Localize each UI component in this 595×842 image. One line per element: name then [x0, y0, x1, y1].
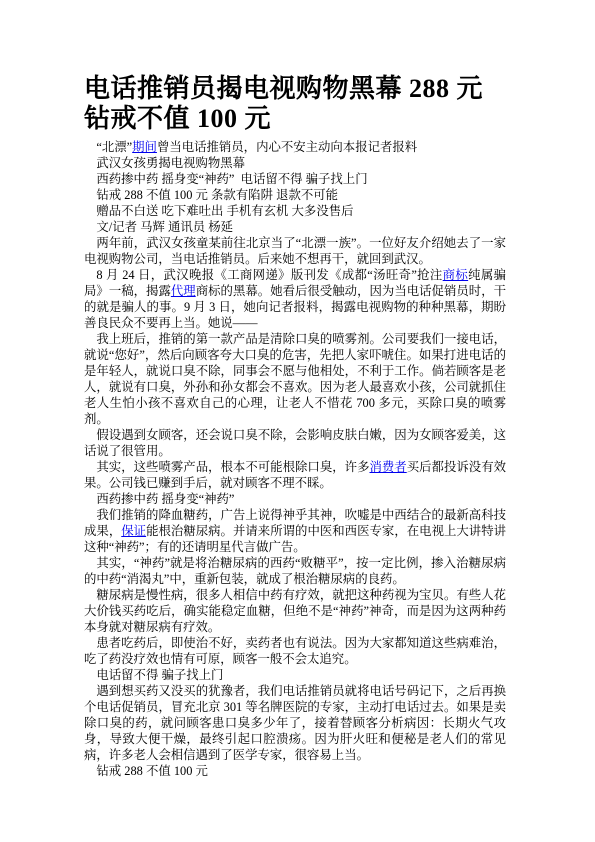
text-segment: 假设遇到女顾客，还会说口臭不除，会影响皮肤白嫩，因为女顾客爱美，这话说了很管用。 — [84, 428, 506, 458]
byline: 文/记者 马辉 通讯员 杨延 — [84, 219, 506, 235]
body-paragraph: 糖尿病是慢性病，很多人相信中药有疗效，就把这种药视为宝贝。有些人花大价钱买药吃后… — [84, 587, 506, 635]
body-paragraph: 患者吃药后，即使治不好，卖药者也有说法。因为大家都知道这些病难治，吃了药没疗效也… — [84, 635, 506, 667]
text-segment: 钻戒 288 不值 100 元 — [96, 764, 208, 778]
section-heading: 电话留不得 骗子找上门 — [84, 667, 506, 683]
text-segment: “北漂” — [96, 140, 132, 154]
section-heading: 西药掺中药 摇身变“神药” — [84, 491, 506, 507]
body-paragraph: 8 月 24 日，武汉晚报《工商网递》版刊发《成都“汤旺奇”抢注商标纯属骗局》一… — [84, 267, 506, 331]
text-segment: 其实，“神药”就是将治糖尿病的西药“败糖平”，按一定比例，掺入治糖尿病的中药“消… — [84, 556, 506, 586]
text-segment: 我上班后，推销的第一款产品是清除口臭的喷雾剂。公司要我们一接电话，就说“您好”，… — [84, 332, 506, 426]
body-paragraph: 遇到想买药又没买的犹豫者，我们电话推销员就将电话号码记下，之后再换个电话促销员，… — [84, 683, 506, 763]
body-paragraph: 我上班后，推销的第一款产品是清除口臭的喷雾剂。公司要我们一接电话，就说“您好”，… — [84, 331, 506, 427]
text-segment: 8 月 24 日，武汉晚报《工商网递》版刊发《成都“汤旺奇”抢注 — [96, 268, 442, 282]
text-segment: 患者吃药后，即使治不好，卖药者也有说法。因为大家都知道这些病难治，吃了药没疗效也… — [84, 636, 506, 666]
text-segment: 糖尿病是慢性病，很多人相信中药有疗效，就把这种药视为宝贝。有些人花大价钱买药吃后… — [84, 588, 506, 634]
inline-link[interactable]: 期间 — [132, 140, 157, 154]
body-paragraph: 其实，这些喷雾产品，根本不可能根除口臭，许多消费者买后都投诉没有效果。公司钱已赚… — [84, 459, 506, 491]
body-paragraph: 我们推销的降血糖药，广告上说得神乎其神，吹嘘是中西结合的最新高科技成果，保证能根… — [84, 507, 506, 555]
deck-line: 西药掺中药 摇身变“神药” 电话留不得 骗子找上门 — [84, 171, 506, 187]
text-segment: 两年前，武汉女孩童某前往北京当了“北漂一族”。一位好友介绍她去了一家电视购物公司… — [84, 236, 506, 266]
inline-link[interactable]: 代理 — [171, 284, 196, 298]
deck-line: 钻戒 288 不值 100 元 条款有陷阱 退款不可能 — [84, 187, 506, 203]
text-segment: 曾当电话推销员，内心不安主动向本报记者报料 — [157, 140, 417, 154]
text-segment: 其实，这些喷雾产品，根本不可能根除口臭，许多 — [96, 460, 369, 474]
subtitle: “北漂”期间曾当电话推销员，内心不安主动向本报记者报料 — [84, 139, 506, 155]
body-paragraph: 其实，“神药”就是将治糖尿病的西药“败糖平”，按一定比例，掺入治糖尿病的中药“消… — [84, 555, 506, 587]
text-segment: 能根治糖尿病。并请来所谓的中医和西医专家，在电视上大讲特讲这种“神药”；有的还请… — [84, 524, 506, 554]
article-body: “北漂”期间曾当电话推销员，内心不安主动向本报记者报料武汉女孩勇揭电视购物黑幕西… — [84, 139, 506, 779]
text-segment: 西药掺中药 摇身变“神药” — [96, 492, 234, 506]
text-segment: 钻戒 288 不值 100 元 条款有陷阱 退款不可能 — [96, 188, 338, 202]
section-heading: 钻戒 288 不值 100 元 — [84, 763, 506, 779]
body-paragraph: 假设遇到女顾客，还会说口臭不除，会影响皮肤白嫩，因为女顾客爱美，这话说了很管用。 — [84, 427, 506, 459]
inline-link[interactable]: 商标 — [443, 268, 468, 282]
text-segment: 武汉女孩勇揭电视购物黑幕 — [96, 156, 245, 170]
text-segment: 西药掺中药 摇身变“神药” 电话留不得 骗子找上门 — [96, 172, 367, 186]
document-page: 电话推销员揭电视购物黑幕 288 元钻戒不值 100 元 “北漂”期间曾当电话推… — [0, 0, 595, 842]
inline-link[interactable]: 消费者 — [369, 460, 406, 474]
inline-link[interactable]: 保证 — [121, 524, 146, 538]
text-segment: 遇到想买药又没买的犹豫者，我们电话推销员就将电话号码记下，之后再换个电话促销员，… — [84, 684, 506, 762]
body-paragraph: 两年前，武汉女孩童某前往北京当了“北漂一族”。一位好友介绍她去了一家电视购物公司… — [84, 235, 506, 267]
deck-line: 武汉女孩勇揭电视购物黑幕 — [84, 155, 506, 171]
text-segment: 电话留不得 骗子找上门 — [96, 668, 223, 682]
text-segment: 赠品不白送 吃下难吐出 手机有玄机 大多没售后 — [96, 204, 353, 218]
deck-line: 赠品不白送 吃下难吐出 手机有玄机 大多没售后 — [84, 203, 506, 219]
article-title: 电话推销员揭电视购物黑幕 288 元钻戒不值 100 元 — [84, 74, 506, 134]
text-segment: 文/记者 马辉 通讯员 杨延 — [96, 220, 233, 234]
